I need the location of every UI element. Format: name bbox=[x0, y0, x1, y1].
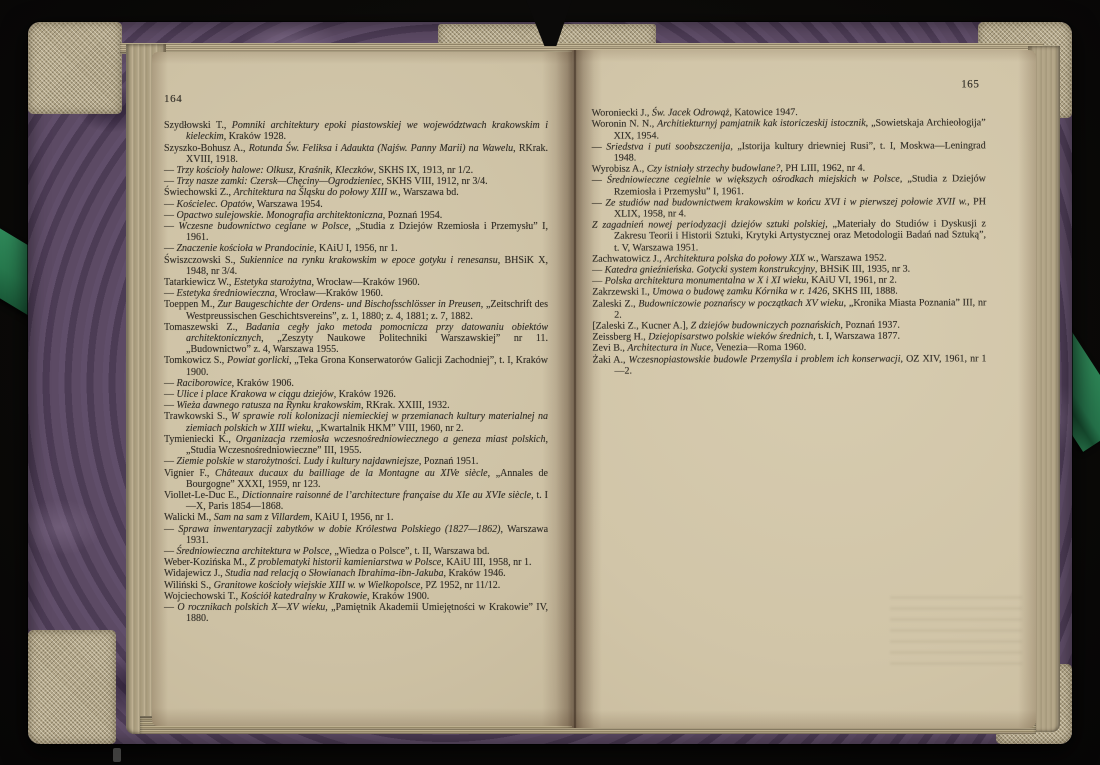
bibliography-entry: Szydłowski T., Pomniki architektury epok… bbox=[164, 120, 548, 142]
entry-title-italic: Estetyka średniowieczna bbox=[177, 288, 275, 299]
bibliography-entry: Tymieniecki K., Organizacja rzemiosła wc… bbox=[164, 434, 548, 456]
entry-title-italic: Wczesnopiastowskie budowle Przemyśla i p… bbox=[629, 353, 901, 365]
entry-text: Woronin N. N., bbox=[592, 119, 658, 130]
entry-text: Wojciechowski T., bbox=[164, 591, 241, 602]
bibliography-entry: Wojciechowski T., Kościół katedralny w K… bbox=[164, 591, 548, 602]
entry-text: , Warszawa 1952. bbox=[816, 253, 887, 264]
entry-title-italic: Znaczenie kościoła w Prandocinie bbox=[177, 243, 314, 254]
bibliography-entry: — Kościelec. Opatów, Warszawa 1954. bbox=[164, 199, 548, 210]
bibliography-entry: — Ziemie polskie w starożytności. Ludy i… bbox=[164, 456, 548, 467]
entry-text: , Poznań 1951. bbox=[419, 456, 478, 467]
entry-text: , t. I, Warszawa 1877. bbox=[813, 331, 900, 342]
entry-text: , Katowice 1947. bbox=[729, 107, 797, 118]
bibliography-entry: — Średniowieczna architektura w Polsce, … bbox=[164, 546, 548, 557]
bibliography-entry: Zaleski Z., Budowniczowie poznańscy w po… bbox=[592, 297, 986, 321]
entry-text: , Warszawa bd. bbox=[398, 187, 459, 198]
entry-text: — bbox=[164, 243, 177, 254]
bibliography-entry: Szyszko-Bohusz A., Rotunda Św. Feliksa i… bbox=[164, 143, 548, 165]
bibliography-entry: Tatarkiewicz W., Estetyka starożytna, Wr… bbox=[164, 277, 548, 288]
bibliography-entry: — Wczesne budownictwo ceglane w Polsce, … bbox=[164, 221, 548, 243]
bibliography-entry: — O rocznikach polskich X—XV wieku, „Pam… bbox=[164, 602, 548, 624]
entry-title-italic: Średniowieczne cegielnie w większych ośr… bbox=[607, 174, 900, 186]
entry-text: — bbox=[592, 276, 605, 287]
entry-text: Viollet-Le-Duc E., bbox=[164, 490, 242, 501]
entry-title-italic: Raciborowice bbox=[177, 378, 232, 389]
entry-text: , Poznań 1954. bbox=[383, 210, 442, 221]
entry-title-italic: Architiekturnyj pamjatnik kak istoriczes… bbox=[657, 118, 866, 130]
entry-title-italic: Estetyka starożytna bbox=[234, 277, 312, 288]
bibliography-entry: Viollet-Le-Duc E., Dictionnaire raisonné… bbox=[164, 490, 548, 512]
entry-text: — bbox=[164, 288, 177, 299]
bibliography-list-left: Szydłowski T., Pomniki architektury epok… bbox=[164, 120, 548, 624]
entry-text: , SKHS IX, 1913, nr 1/2. bbox=[373, 165, 473, 176]
page-number-right: 165 bbox=[591, 79, 985, 92]
entry-text: — bbox=[164, 199, 177, 210]
entry-title-italic: Polska architektura monumentalna w X i X… bbox=[605, 275, 807, 287]
entry-text: — bbox=[164, 165, 177, 176]
entry-title-italic: Z zagadnień nowej periodyzacji dziejów s… bbox=[592, 219, 825, 231]
entry-title-italic: Zur Baugeschichte der Ordens- und Bischo… bbox=[217, 299, 480, 310]
bibliography-entry: — Sriedstva i puti soobszczenija, „Istor… bbox=[592, 140, 986, 164]
bibliography-entry: Woronin N. N., Architiekturnyj pamjatnik… bbox=[592, 118, 986, 142]
entry-text: — bbox=[164, 389, 177, 400]
entry-text: , Kraków 1900. bbox=[367, 591, 429, 602]
entry-text: — bbox=[164, 524, 178, 535]
entry-text: — bbox=[164, 602, 177, 613]
bibliography-entry: — Średniowieczne cegielnie w większych o… bbox=[592, 174, 986, 198]
bibliography-entry: — Znaczenie kościoła w Prandocinie, KAiU… bbox=[164, 243, 548, 254]
bibliography-list-right: Woroniecki J., Św. Jacek Odrowąż, Katowi… bbox=[592, 107, 987, 377]
entry-text: Toeppen M., bbox=[164, 299, 217, 310]
bibliography-entry: Tomaszewski Z., Badania cegły jako metod… bbox=[164, 322, 548, 356]
entry-title-italic: Kościół katedralny w Krakowie bbox=[241, 591, 367, 602]
entry-text: — bbox=[164, 456, 177, 467]
entry-text: — bbox=[164, 221, 178, 232]
entry-title-italic: Sprawa inwentaryzacji zabytków w dobie K… bbox=[178, 524, 500, 535]
entry-text: , RKrak. XXIII, 1932. bbox=[361, 400, 450, 411]
entry-text: [Zaleski Z., Kucner A.], bbox=[592, 320, 690, 331]
entry-title-italic: Czy istniały strzechy budowlane? bbox=[647, 163, 781, 174]
bibliography-entry: — Raciborowice, Kraków 1906. bbox=[164, 378, 548, 389]
bibliography-entry: Świechowski Z., Architektura na Śląsku d… bbox=[164, 187, 548, 198]
entry-text: Widajewicz J., bbox=[164, 568, 225, 579]
entry-text: Szydłowski T., bbox=[164, 120, 232, 131]
bibliography-entry: Widajewicz J., Studia nad relacją o Słow… bbox=[164, 568, 548, 579]
bibliography-entry: Żaki A., Wczesnopiastowskie budowle Prze… bbox=[592, 353, 986, 377]
entry-text: , KAiU I, 1956, nr 1. bbox=[310, 512, 394, 523]
entry-text: , Kraków 1928. bbox=[224, 131, 286, 142]
entry-text: , Kraków 1906. bbox=[232, 378, 294, 389]
entry-title-italic: Rotunda Św. Feliksa i Adaukta (Najśw. Pa… bbox=[249, 143, 513, 154]
entry-text: , BHSiK III, 1935, nr 3. bbox=[815, 264, 910, 275]
entry-text: Świszczowski S., bbox=[164, 255, 240, 266]
entry-title-italic: Opactwo sulejowskie. Monografia architek… bbox=[177, 210, 383, 221]
entry-title-italic: Katedra gnieźnieńska. Gotycki system kon… bbox=[605, 264, 815, 276]
entry-text: — bbox=[592, 197, 606, 208]
entry-text: , KAiU VI, 1961, nr 2. bbox=[806, 275, 897, 286]
entry-text: Świechowski Z., bbox=[164, 187, 233, 198]
entry-title-italic: Wieża dawnego ratusza na Rynku krakowski… bbox=[177, 400, 362, 411]
entry-text: Tomkowicz S., bbox=[164, 355, 227, 366]
entry-text: Vignier F., bbox=[164, 468, 215, 479]
bibliography-entry: Świszczowski S., Sukiennice na rynku kra… bbox=[164, 255, 548, 277]
entry-title-italic: Umowa o budowę zamku Kórnika w r. 1426 bbox=[652, 286, 827, 298]
entry-title-italic: Ziemie polskie w starożytności. Ludy i k… bbox=[177, 456, 419, 467]
entry-text: Wyrobisz A., bbox=[592, 164, 647, 175]
right-page-text-column: 165 Woroniecki J., Św. Jacek Odrowąż, Ka… bbox=[591, 79, 986, 376]
bibliography-entry: — Wieża dawnego ratusza na Rynku krakows… bbox=[164, 400, 548, 411]
entry-text: , „Kwartalnik HKM” VIII, 1960, nr 2. bbox=[311, 423, 464, 434]
entry-text: Woroniecki J., bbox=[592, 108, 652, 119]
bibliography-entry: — Trzy kościoły halowe: Olkusz, Kraśnik,… bbox=[164, 165, 548, 176]
entry-title-italic: Z problematyki historii kamieniarstwa w … bbox=[250, 557, 442, 568]
scan-artifact bbox=[113, 748, 121, 762]
entry-title-italic: Sam na sam z Villardem bbox=[214, 512, 310, 523]
entry-text: , SKHS VIII, 1912, nr 3/4. bbox=[381, 176, 487, 187]
entry-text: — bbox=[592, 175, 607, 186]
entry-text: , Wrocław—Kraków 1960. bbox=[275, 288, 383, 299]
entry-title-italic: O rocznikach polskich X—XV wieku bbox=[177, 602, 325, 613]
bibliography-entry: Z zagadnień nowej periodyzacji dziejów s… bbox=[592, 219, 986, 254]
entry-text: — bbox=[164, 400, 177, 411]
entry-text: Zachwatowicz J., bbox=[592, 253, 664, 264]
entry-text: Zevi B., bbox=[592, 343, 627, 354]
entry-text: Zakrzewski I., bbox=[592, 287, 652, 298]
entry-text: — bbox=[164, 378, 177, 389]
entry-text: , Kraków 1926. bbox=[334, 389, 396, 400]
entry-text: Tomaszewski Z., bbox=[164, 322, 246, 333]
fabric-corner-bottom-left bbox=[28, 630, 116, 744]
entry-title-italic: Architectura in Nuce bbox=[627, 343, 711, 354]
entry-text: Walicki M., bbox=[164, 512, 214, 523]
entry-title-italic: Dictionnaire raisonné de l’architecture … bbox=[242, 490, 531, 501]
entry-title-italic: Organizacja rzemiosła wczesnośredniowiec… bbox=[236, 434, 546, 445]
entry-text: Trawkowski S., bbox=[164, 411, 231, 422]
bibliography-entry: — Ze studiów nad budownictwem krakowskim… bbox=[592, 196, 986, 220]
entry-title-italic: Granitowe kościoły wiejskie XIII w. w Wi… bbox=[214, 580, 421, 591]
entry-text: , PZ 1952, nr 11/12. bbox=[420, 580, 500, 591]
entry-text: — bbox=[592, 265, 605, 276]
entry-title-italic: Kościelec. Opatów bbox=[177, 199, 253, 210]
show-through-ghost-text bbox=[890, 596, 1022, 668]
bibliography-entry: — Opactwo sulejowskie. Monografia archit… bbox=[164, 210, 548, 221]
entry-title-italic: Architektura na Śląsku do połowy XIII w. bbox=[233, 187, 398, 198]
entry-text: — bbox=[592, 141, 607, 152]
entry-text: , KAiU I, 1956, nr 1. bbox=[314, 243, 398, 254]
bibliography-entry: Wiliński S., Granitowe kościoły wiejskie… bbox=[164, 580, 548, 591]
entry-title-italic: Châteaux ducaux du bailliage de la Monta… bbox=[215, 468, 488, 479]
entry-title-italic: Średniowieczna architektura w Polsce bbox=[177, 546, 330, 557]
entry-title-italic: Ze studiów nad budownictwem krakowskim w… bbox=[605, 196, 967, 208]
scanned-book-spread: 164 Szydłowski T., Pomniki architektury … bbox=[0, 0, 1100, 765]
entry-text: , SKHS III, 1888. bbox=[827, 286, 898, 297]
entry-title-italic: Ulice i place Krakowa w ciągu dziejów bbox=[177, 389, 334, 400]
entry-text: Weber-Kozińska M., bbox=[164, 557, 250, 568]
entry-title-italic: Wczesne budownictwo ceglane w Polsce bbox=[178, 221, 348, 232]
entry-text: , Venezia—Roma 1960. bbox=[711, 342, 806, 353]
entry-title-italic: Sukiennice na rynku krakowskim w epoce g… bbox=[240, 255, 498, 266]
entry-title-italic: Trzy nasze zamki: Czersk—Chęciny—Ogrodzi… bbox=[177, 176, 382, 187]
entry-text: , Warszawa 1954. bbox=[252, 199, 323, 210]
entry-title-italic: Studia nad relacją o Słowianach Ibrahima… bbox=[225, 568, 443, 579]
bibliography-entry: Weber-Kozińska M., Z problematyki histor… bbox=[164, 557, 548, 568]
entry-title-italic: Dziejopisarstwo polskie wieków średnich bbox=[648, 331, 813, 343]
entry-text: , KAiU III, 1958, nr 1. bbox=[441, 557, 531, 568]
entry-text: Wiliński S., bbox=[164, 580, 214, 591]
entry-text: , PH LIII, 1962, nr 4. bbox=[780, 163, 865, 174]
bibliography-entry: Vignier F., Châteaux ducaux du bailliage… bbox=[164, 468, 548, 490]
entry-text: — bbox=[164, 210, 177, 221]
entry-text: Tymieniecki K., bbox=[164, 434, 236, 445]
bibliography-entry: Walicki M., Sam na sam z Villardem, KAiU… bbox=[164, 512, 548, 523]
bibliography-entry: — Ulice i place Krakowa w ciągu dziejów,… bbox=[164, 389, 548, 400]
left-page-text-column: 164 Szydłowski T., Pomniki architektury … bbox=[164, 94, 548, 624]
entry-title-italic: Trzy kościoły halowe: Olkusz, Kraśnik, K… bbox=[177, 165, 374, 176]
entry-text: , „Wiedza o Polsce”, t. II, Warszawa bd. bbox=[329, 546, 489, 557]
bibliography-entry: Tomkowicz S., Powiat gorlicki, „Teka Gro… bbox=[164, 355, 548, 377]
bibliography-entry: — Trzy nasze zamki: Czersk—Chęciny—Ogrod… bbox=[164, 176, 548, 187]
bibliography-entry: Toeppen M., Zur Baugeschichte der Ordens… bbox=[164, 299, 548, 321]
entry-text: — bbox=[164, 176, 177, 187]
entry-text: Szyszko-Bohusz A., bbox=[164, 143, 249, 154]
entry-title-italic: Z dziejów budowniczych poznańskich bbox=[691, 320, 841, 332]
bibliography-entry: Trawkowski S., W sprawie roli kolonizacj… bbox=[164, 411, 548, 433]
entry-text: — bbox=[164, 546, 177, 557]
entry-text: , Wrocław—Kraków 1960. bbox=[312, 277, 420, 288]
entry-title-italic: Sriedstva i puti soobszczenija bbox=[606, 141, 730, 152]
bibliography-entry: — Sprawa inwentaryzacji zabytków w dobie… bbox=[164, 524, 548, 546]
entry-text: Zaleski Z., bbox=[592, 298, 638, 309]
bibliography-entry: — Estetyka średniowieczna, Wrocław—Krakó… bbox=[164, 288, 548, 299]
entry-text: , Poznań 1937. bbox=[840, 320, 899, 331]
entry-title-italic: Architektura polska do połowy XIX w. bbox=[664, 253, 816, 265]
entry-text: , Kraków 1946. bbox=[443, 568, 505, 579]
entry-title-italic: Św. Jacek Odrowąż bbox=[652, 107, 730, 118]
entry-text: Żaki A., bbox=[592, 354, 628, 365]
page-number-left: 164 bbox=[164, 94, 548, 105]
entry-text: Tatarkiewicz W., bbox=[164, 277, 234, 288]
entry-title-italic: Budowniczowie poznańscy w początkach XV … bbox=[638, 297, 843, 309]
entry-title-italic: Powiat gorlicki bbox=[227, 355, 289, 366]
fabric-corner-top-left bbox=[28, 22, 122, 114]
entry-text: Zeissberg H., bbox=[592, 332, 648, 343]
